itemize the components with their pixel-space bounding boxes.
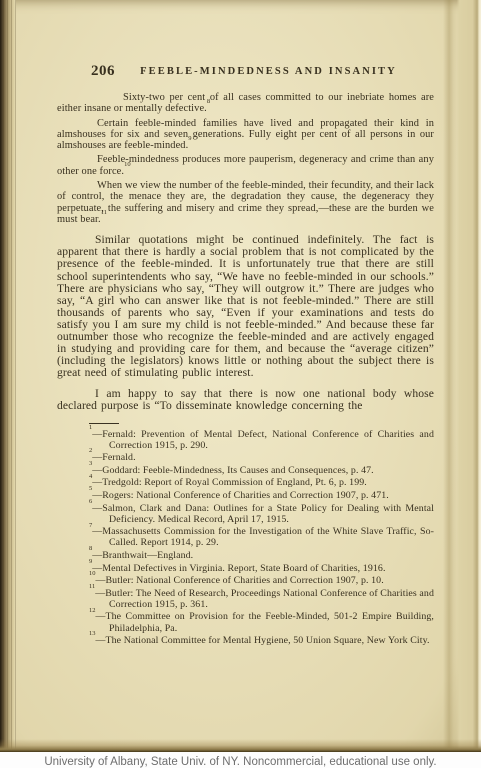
- text-column: 206 FEEBLE-MINDEDNESS AND INSANITY Sixty…: [57, 62, 434, 648]
- footnote-number: 7: [89, 522, 92, 529]
- quotation-text: Certain feeble-minded families have live…: [57, 118, 434, 152]
- page-header: 206 FEEBLE-MINDEDNESS AND INSANITY: [57, 62, 434, 81]
- footnote-text: —Massachusetts Commission for the Invest…: [92, 526, 434, 548]
- footnote: 1—Fernald: Prevention of Mental Defect, …: [57, 429, 434, 451]
- quotation-block: Sixty-two per cent of all cases committe…: [57, 92, 434, 225]
- footnote-number: 4: [89, 473, 92, 480]
- footnote-number: 12: [89, 607, 96, 614]
- attribution-text: University of Albany, State Univ. of NY.…: [44, 756, 436, 768]
- footnote-text: —Salmon, Clark and Dana: Outlines for a …: [92, 503, 434, 525]
- footnote-text: —Branthwait—England.: [92, 550, 193, 561]
- block-quotation: Feeble-mindedness produces more pauperis…: [57, 154, 434, 177]
- footnotes-block: 1—Fernald: Prevention of Mental Defect, …: [57, 429, 434, 647]
- footnote: 9—Mental Defectives in Virginia. Report,…: [57, 563, 434, 574]
- footnote-reference: 11: [101, 209, 107, 216]
- footnote-text: —The Committee on Provision for the Feeb…: [96, 611, 435, 633]
- footnote-text: —Mental Defectives in Virginia. Report, …: [92, 563, 385, 574]
- footnote: 4—Tredgold: Report of Royal Commission o…: [57, 477, 434, 488]
- footnote: 8—Branthwait—England.: [57, 550, 434, 561]
- footnote-text: —Butler: The Need of Research, Proceedin…: [95, 588, 434, 610]
- footnote: 12—The Committee on Provision for the Fe…: [57, 611, 434, 633]
- footnote-number: 2: [89, 447, 92, 454]
- footnote-number: 13: [89, 630, 96, 637]
- footnote: 7—Massachusetts Commission for the Inves…: [57, 526, 434, 548]
- block-quotation: Certain feeble-minded families have live…: [57, 118, 434, 152]
- footnote-number: 8: [89, 545, 92, 552]
- quotation-text: When we view the number of the feeble-mi…: [57, 180, 434, 225]
- body-text: Similar quotations might be continued in…: [57, 234, 434, 412]
- quotation-text: Feeble-mindedness produces more pauperis…: [57, 154, 434, 176]
- footnote-text: —Fernald: Prevention of Mental Defect, N…: [92, 429, 434, 451]
- footnote: 11—Butler: The Need of Research, Proceed…: [57, 588, 434, 610]
- footnote: 13—The National Committee for Mental Hyg…: [57, 635, 434, 646]
- footnote-reference: 9: [188, 135, 191, 142]
- book-page-scan: 206 FEEBLE-MINDEDNESS AND INSANITY Sixty…: [0, 0, 481, 752]
- footnote-separator: [89, 423, 119, 424]
- footnote-text: —The National Committee for Mental Hygie…: [96, 635, 430, 646]
- quotation-text: Sixty-two per cent of all cases committe…: [57, 92, 434, 114]
- footnote-number: 10: [89, 570, 96, 577]
- block-quotation: When we view the number of the feeble-mi…: [57, 180, 434, 225]
- footnote: 2—Fernald.: [57, 452, 434, 463]
- page-number: 206: [91, 63, 115, 80]
- footnote-text: —Rogers: National Conference of Charitie…: [92, 490, 389, 501]
- footnote-reference: 8: [207, 98, 210, 105]
- footnote-number: 11: [89, 583, 95, 590]
- bottom-page-edge: [0, 739, 481, 752]
- footnote-text: —Goddard: Feeble-Mindedness, Its Causes …: [92, 465, 373, 476]
- footnote-number: 6: [89, 498, 92, 505]
- footnote-reference: 10: [124, 161, 131, 168]
- footnote: 6—Salmon, Clark and Dana: Outlines for a…: [57, 503, 434, 525]
- footnote-text: —Butler: National Conference of Charitie…: [96, 575, 384, 586]
- body-paragraph: I am happy to say that there is now one …: [57, 388, 434, 412]
- footnote: 5—Rogers: National Conference of Chariti…: [57, 490, 434, 501]
- attribution-bar: University of Albany, State Univ. of NY.…: [0, 752, 481, 768]
- footnote-text: —Fernald.: [92, 452, 135, 463]
- right-page-fold: [443, 0, 481, 752]
- block-quotation: Sixty-two per cent of all cases committe…: [57, 92, 434, 115]
- footnote-number: 1: [89, 424, 92, 431]
- footnote: 3—Goddard: Feeble-Mindedness, Its Causes…: [57, 465, 434, 476]
- footnote-number: 5: [89, 485, 92, 492]
- footnote-text: —Tredgold: Report of Royal Commission of…: [92, 477, 367, 488]
- left-binding-edge: [0, 0, 16, 752]
- footnote: 10—Butler: National Conference of Charit…: [57, 575, 434, 586]
- footnote-number: 9: [89, 558, 92, 565]
- footnote-number: 3: [89, 460, 92, 467]
- body-paragraph: Similar quotations might be continued in…: [57, 234, 434, 379]
